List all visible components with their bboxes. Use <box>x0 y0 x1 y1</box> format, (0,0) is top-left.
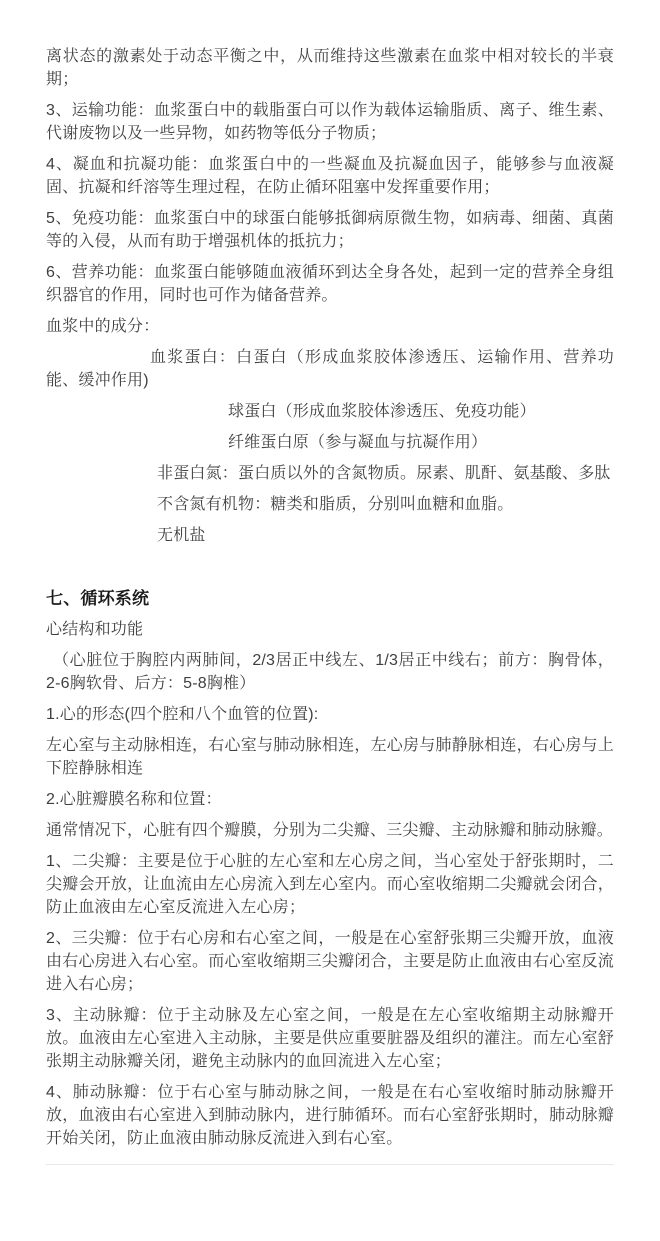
paragraph: 血浆蛋白：白蛋白（形成血浆胶体渗透压、运输作用、营养功能、缓冲作用) <box>46 346 614 392</box>
section-heading: 七、循环系统 <box>46 587 614 610</box>
paragraph: 纤维蛋白原（参与凝血与抗凝作用） <box>46 431 614 454</box>
paragraph: 不含氮有机物：糖类和脂质，分别叫血糖和血脂。 <box>46 493 614 516</box>
paragraph: 通常情况下，心脏有四个瓣膜，分别为二尖瓣、三尖瓣、主动脉瓣和肺动脉瓣。 <box>46 819 614 842</box>
document-page: 离状态的激素处于动态平衡之中，从而维持这些激素在血浆中相对较长的半衰期；3、运输… <box>0 0 660 1241</box>
paragraph: （心脏位于胸腔内两肺间，2/3居正中线左、1/3居正中线右；前方：胸骨体，2-6… <box>46 649 614 695</box>
paragraph: 非蛋白氮：蛋白质以外的含氮物质。尿素、肌酐、氨基酸、多肽 <box>46 462 614 485</box>
paragraph: 6、营养功能：血浆蛋白能够随血液循环到达全身各处，起到一定的营养全身组织器官的作… <box>46 261 614 307</box>
paragraph: 血浆中的成分： <box>46 315 614 338</box>
paragraph: 3、主动脉瓣：位于主动脉及左心室之间，一般是在左心室收缩期主动脉瓣开放。血液由左… <box>46 1004 614 1073</box>
paragraph: 1.心的形态(四个腔和八个血管的位置): <box>46 703 614 726</box>
paragraph: 球蛋白（形成血浆胶体渗透压、免疫功能） <box>46 400 614 423</box>
paragraph: 2.心脏瓣膜名称和位置： <box>46 788 614 811</box>
paragraph: 3、运输功能：血浆蛋白中的载脂蛋白可以作为载体运输脂质、离子、维生素、代谢废物以… <box>46 99 614 145</box>
paragraph: 4、肺动脉瓣：位于右心室与肺动脉之间，一般是在右心室收缩时肺动脉瓣开放，血液由右… <box>46 1081 614 1150</box>
paragraph: 5、免疫功能：血浆蛋白中的球蛋白能够抵御病原微生物，如病毒、细菌、真菌等的入侵，… <box>46 207 614 253</box>
document-body: 离状态的激素处于动态平衡之中，从而维持这些激素在血浆中相对较长的半衰期；3、运输… <box>46 45 614 1150</box>
paragraph: 离状态的激素处于动态平衡之中，从而维持这些激素在血浆中相对较长的半衰期； <box>46 45 614 91</box>
paragraph: 无机盐 <box>46 524 614 547</box>
paragraph: 左心室与主动脉相连，右心室与肺动脉相连，左心房与肺静脉相连，右心房与上下腔静脉相… <box>46 734 614 780</box>
bottom-divider <box>46 1164 614 1165</box>
paragraph: 4、凝血和抗凝功能：血浆蛋白中的一些凝血及抗凝血因子，能够参与血液凝固、抗凝和纤… <box>46 153 614 199</box>
paragraph: 2、三尖瓣：位于右心房和右心室之间，一般是在心室舒张期三尖瓣开放，血液由右心房进… <box>46 927 614 996</box>
paragraph: 1、二尖瓣：主要是位于心脏的左心室和左心房之间，当心室处于舒张期时，二尖瓣会开放… <box>46 850 614 919</box>
paragraph: 心结构和功能 <box>46 618 614 641</box>
